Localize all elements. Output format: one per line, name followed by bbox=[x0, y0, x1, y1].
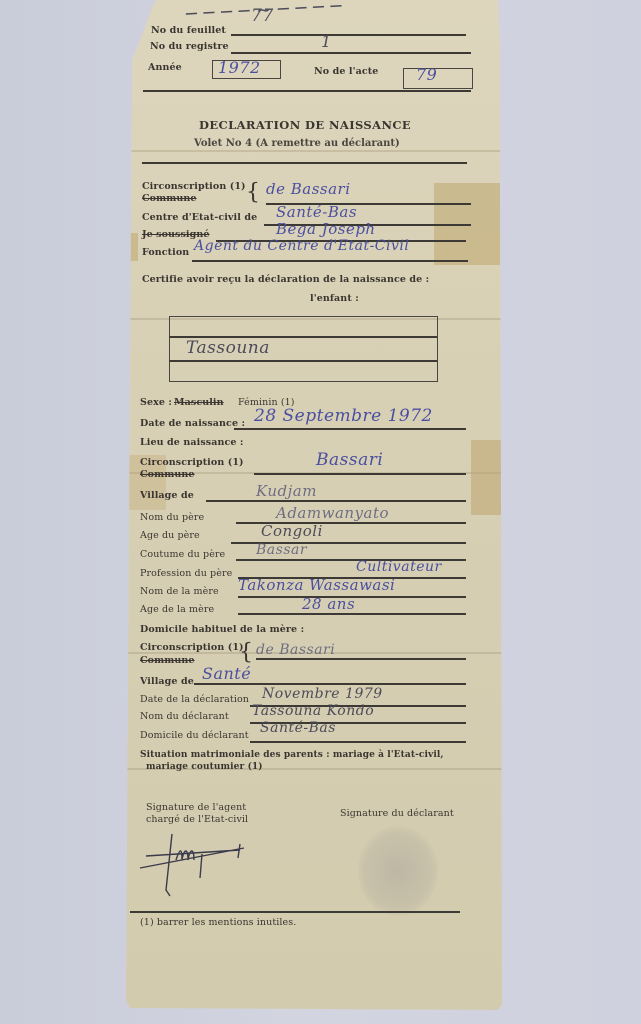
footnote: (1) barrer les mentions inutiles. bbox=[140, 917, 296, 928]
pere-age-value: Congoli bbox=[261, 522, 323, 540]
pere-profession-label: Profession du père bbox=[140, 568, 232, 579]
child-commune-label: Commune bbox=[140, 469, 195, 480]
agent-signature-label-1: Signature de l'agent bbox=[146, 802, 246, 813]
acte-label: No de l'acte bbox=[314, 66, 378, 77]
mere-nom-value: Takonza Wassawasi bbox=[238, 576, 395, 594]
rule bbox=[206, 500, 466, 502]
child-village-label: Village de bbox=[140, 490, 194, 501]
rule bbox=[254, 473, 466, 475]
mere-commune-label: Commune bbox=[140, 655, 195, 666]
lieu-naissance-label: Lieu de naissance : bbox=[140, 437, 244, 448]
pere-nom-label: Nom du père bbox=[140, 512, 204, 523]
acte-box bbox=[403, 68, 473, 89]
domicile-heading: Domicile habituel de la mère : bbox=[140, 624, 304, 635]
pere-coutume-value: Bassar bbox=[256, 542, 307, 558]
rule bbox=[194, 683, 466, 685]
mere-circonscription-value: de Bassari bbox=[256, 642, 335, 658]
brace: { bbox=[246, 180, 260, 205]
rule bbox=[192, 260, 468, 262]
rule bbox=[231, 52, 471, 54]
brace: { bbox=[239, 640, 253, 665]
document-title: DECLARATION DE NAISSANCE bbox=[199, 118, 411, 132]
declaration-date-value: Novembre 1979 bbox=[262, 686, 383, 702]
officer-circonscription-value: de Bassari bbox=[266, 180, 351, 198]
certify-line-1: Certifie avoir reçu la déclaration de la… bbox=[142, 274, 429, 285]
rule bbox=[130, 911, 460, 913]
date-naissance-value: 28 Septembre 1972 bbox=[254, 406, 433, 426]
rule bbox=[256, 658, 466, 660]
masculin-label: Masculin bbox=[174, 397, 224, 408]
centre-label: Centre d'Etat-civil de bbox=[142, 212, 257, 223]
declarant-domicile-label: Domicile du déclarant bbox=[140, 730, 249, 741]
pere-coutume-label: Coutume du père bbox=[140, 549, 225, 560]
certify-line-2: l'enfant : bbox=[310, 293, 359, 304]
mere-circonscription-label: Circonscription (1) bbox=[140, 642, 244, 653]
rule bbox=[250, 741, 466, 743]
fonction-label: Fonction bbox=[142, 247, 189, 258]
document-subtitle: Volet No 4 (A remettre au déclarant) bbox=[194, 138, 400, 149]
soussigne-value: Bega Joseph bbox=[276, 220, 376, 238]
mere-village-value: Santé bbox=[202, 664, 251, 683]
child-name-value: Tassouna bbox=[186, 338, 270, 358]
declaration-date-label: Date de la déclaration bbox=[140, 694, 249, 705]
rule bbox=[231, 34, 466, 36]
agent-signature-label-2: chargé de l'Etat-civil bbox=[146, 814, 248, 825]
mere-age-label: Age de la mère bbox=[140, 604, 214, 615]
rule bbox=[169, 360, 437, 362]
fonction-value: Agent du Centre d'Etat-Civil bbox=[194, 238, 409, 254]
fold-crease bbox=[126, 150, 502, 152]
centre-value: Santé-Bas bbox=[276, 203, 357, 221]
feuillet-label: No du feuillet bbox=[151, 25, 226, 36]
tape-patch bbox=[126, 233, 138, 261]
declarant-signature-label: Signature du déclarant bbox=[340, 808, 454, 819]
situation-line-1: Situation matrimoniale des parents : mar… bbox=[140, 750, 444, 760]
mere-village-label: Village de bbox=[140, 676, 194, 687]
annee-label: Année bbox=[148, 62, 182, 73]
annee-value: 1972 bbox=[218, 58, 261, 77]
mere-age-value: 28 ans bbox=[302, 595, 355, 613]
pere-profession-value: Cultivateur bbox=[356, 559, 442, 575]
declarant-nom-value: Tassouna Kondo bbox=[252, 703, 374, 719]
officer-circonscription-label: Circonscription (1) bbox=[142, 181, 246, 192]
mere-nom-label: Nom de la mère bbox=[140, 586, 219, 597]
acte-value: 79 bbox=[416, 65, 437, 84]
date-naissance-label: Date de naissance : bbox=[140, 418, 245, 429]
rule bbox=[143, 90, 471, 92]
child-circonscription-label: Circonscription (1) bbox=[140, 457, 244, 468]
rule bbox=[142, 162, 467, 164]
rule bbox=[234, 428, 466, 430]
fingerprint bbox=[358, 826, 438, 916]
agent-signature bbox=[136, 830, 256, 900]
child-village-value: Kudjam bbox=[256, 482, 317, 500]
tape-patch bbox=[471, 440, 502, 515]
birth-declaration-document: ─ ─ ─ ─ ~ ─ ─ ─ ─ No du feuillet 77 No d… bbox=[126, 0, 502, 1010]
sexe-label: Sexe : bbox=[140, 397, 172, 408]
declarant-nom-label: Nom du déclarant bbox=[140, 711, 229, 722]
registre-value: 1 bbox=[321, 32, 332, 51]
declarant-domicile-value: Santé-Bas bbox=[260, 720, 336, 736]
situation-line-2: mariage coutumier (1) bbox=[146, 762, 263, 772]
rule bbox=[238, 613, 466, 615]
child-circonscription-value: Bassari bbox=[316, 450, 383, 470]
feuillet-value: 77 bbox=[251, 6, 274, 26]
officer-commune-label: Commune bbox=[142, 193, 197, 204]
pere-nom-value: Adamwanyato bbox=[276, 504, 389, 522]
pere-age-label: Age du père bbox=[140, 530, 200, 541]
registre-label: No du registre bbox=[150, 41, 229, 52]
